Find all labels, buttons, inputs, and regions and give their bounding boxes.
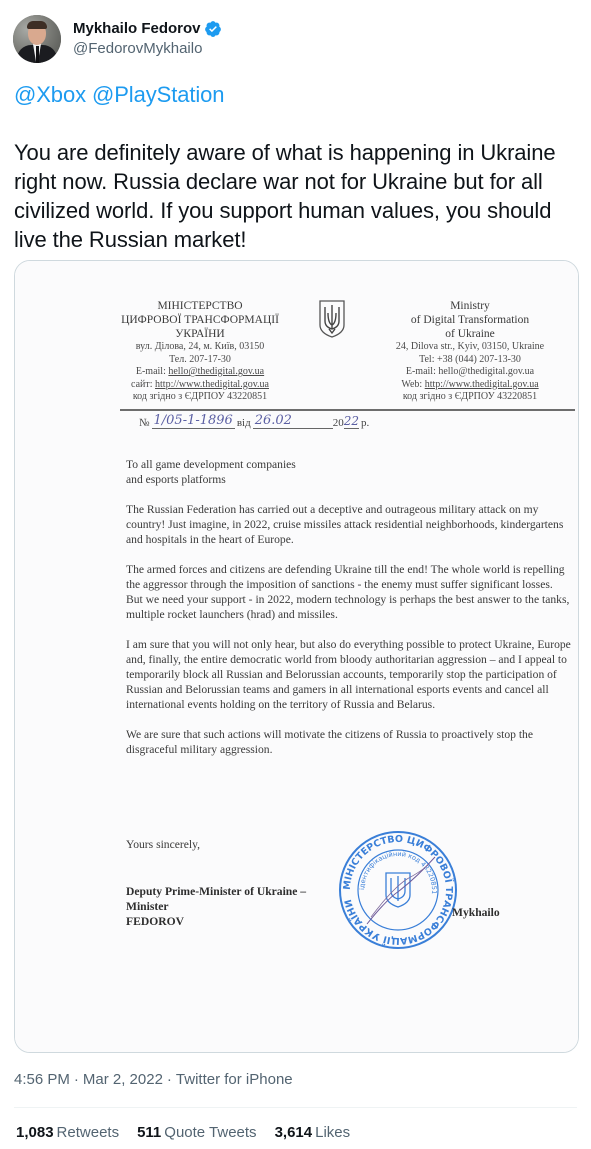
phone: Tel: +38 (044) 207-13-30 (370, 354, 570, 367)
letter-closing: Yours sincerely, (126, 838, 200, 851)
tweet-text: @Xbox @PlayStation You are definitely aw… (14, 80, 579, 254)
handwritten-year: 22 (344, 414, 359, 429)
letter-paragraph: I am sure that you will not only hear, b… (126, 637, 571, 712)
author-handle[interactable]: @FedorovMykhailo (73, 39, 222, 59)
org-line: of Digital Transformation (370, 313, 570, 327)
letter-paragraph: The armed forces and citizens are defend… (126, 562, 571, 622)
email-label: E-mail: (406, 366, 439, 377)
tweet-header: Mykhailo Fedorov @FedorovMykhailo (13, 14, 222, 64)
author-display-name[interactable]: Mykhailo Fedorov (73, 19, 201, 39)
org-line: of Ukraine (370, 327, 570, 341)
likes-label: Likes (315, 1124, 350, 1141)
retweets-stat[interactable]: 1,083Retweets (16, 1123, 119, 1143)
signer-line: Deputy Prime-Minister of Ukraine – (126, 884, 306, 899)
registry-code: код згідно з ЄДРПОУ 43220851 (100, 391, 300, 404)
quote-tweets-count: 511 (137, 1124, 161, 1141)
letterhead-rule (120, 409, 575, 411)
divider (14, 1107, 577, 1108)
signer-first-name: Mykhailo (452, 906, 500, 919)
letter-paragraph: We are sure that such actions will motiv… (126, 727, 571, 757)
likes-stat[interactable]: 3,614Likes (275, 1123, 351, 1143)
separator: · (163, 1071, 176, 1088)
org-line: ЦИФРОВОЇ ТРАНСФОРМАЦІЇ (100, 313, 300, 327)
tweet-date[interactable]: Mar 2, 2022 (83, 1071, 163, 1088)
org-line: УКРАЇНИ (100, 327, 300, 341)
email: hello@thedigital.gov.ua (168, 366, 264, 377)
tweet-mentions: @Xbox @PlayStation (14, 80, 579, 109)
number-label: № (137, 417, 152, 429)
web-label: Web: (401, 379, 424, 390)
web-line: Web: http://www.thedigital.gov.ua (370, 379, 570, 392)
letter-paragraph: The Russian Federation has carried out a… (126, 502, 571, 547)
web-line: сайт: http://www.thedigital.gov.ua (100, 379, 300, 392)
tweet-stats: 1,083Retweets 511Quote Tweets 3,614Likes (16, 1123, 368, 1143)
retweets-label: Retweets (57, 1124, 120, 1141)
mention-xbox[interactable]: @Xbox (14, 82, 86, 107)
letterhead-english: Ministry of Digital Transformation of Uk… (370, 299, 570, 404)
coat-of-arms-icon (318, 299, 346, 339)
letter-document: МІНІСТЕРСТВО ЦИФРОВОЇ ТРАНСФОРМАЦІЇ УКРА… (15, 261, 578, 1052)
tweet-source[interactable]: Twitter for iPhone (176, 1071, 293, 1088)
tweet-time[interactable]: 4:56 PM (14, 1071, 70, 1088)
handwritten-number: 1/05-1-1896 (152, 413, 235, 429)
address: вул. Ділова, 24, м. Київ, 03150 (100, 341, 300, 354)
letterhead-ukrainian: МІНІСТЕРСТВО ЦИФРОВОЇ ТРАНСФОРМАЦІЇ УКРА… (100, 299, 300, 404)
addressee: To all game development companies and es… (126, 457, 571, 487)
signer-title: Deputy Prime-Minister of Ukraine – Minis… (126, 884, 306, 929)
address: 24, Dilova str., Kyiv, 03150, Ukraine (370, 341, 570, 354)
email-label: E-mail: (136, 366, 169, 377)
web-label: сайт: (131, 379, 155, 390)
mention-playstation[interactable]: @PlayStation (92, 82, 224, 107)
phone: Тел. 207-17-30 (100, 354, 300, 367)
tweet-body: You are definitely aware of what is happ… (14, 140, 556, 252)
official-stamp-icon: МІНІСТЕРСТВО ЦИФРОВОЇ ТРАНСФОРМАЦІЇ УКРА… (337, 829, 459, 951)
letter-body: To all game development companies and es… (126, 457, 571, 772)
author-info: Mykhailo Fedorov @FedorovMykhailo (73, 19, 222, 59)
web: http://www.thedigital.gov.ua (425, 379, 539, 390)
email: hello@thedigital.gov.ua (438, 366, 534, 377)
tweet-meta: 4:56 PM·Mar 2, 2022·Twitter for iPhone (14, 1070, 293, 1090)
email-line: E-mail: hello@thedigital.gov.ua (370, 366, 570, 379)
addressee-line: To all game development companies (126, 457, 571, 472)
web: http://www.thedigital.gov.ua (155, 379, 269, 390)
tweet-media-image[interactable]: МІНІСТЕРСТВО ЦИФРОВОЇ ТРАНСФОРМАЦІЇ УКРА… (14, 260, 579, 1053)
signer-line: Minister (126, 899, 306, 914)
registry-code: код згідно з ЄДРПОУ 43220851 (370, 391, 570, 404)
quote-tweets-stat[interactable]: 511Quote Tweets (137, 1123, 256, 1143)
org-line: Ministry (370, 299, 570, 313)
retweets-count: 1,083 (16, 1124, 54, 1141)
verified-badge-icon (204, 20, 222, 38)
email-line: E-mail: hello@thedigital.gov.ua (100, 366, 300, 379)
from-label: від (235, 417, 253, 429)
letterhead: МІНІСТЕРСТВО ЦИФРОВОЇ ТРАНСФОРМАЦІЇ УКРА… (15, 261, 578, 391)
addressee-line: and esports platforms (126, 472, 571, 487)
quote-tweets-label: Quote Tweets (164, 1124, 256, 1141)
registration-number: № 1/05-1-1896 від 26.02 2022 р. (137, 413, 371, 429)
handwritten-date: 26.02 (253, 413, 333, 429)
org-line: МІНІСТЕРСТВО (100, 299, 300, 313)
year-prefix: 20 (333, 417, 344, 429)
year-label: р. (359, 417, 371, 429)
likes-count: 3,614 (275, 1124, 313, 1141)
signer-line: FEDOROV (126, 914, 306, 929)
separator: · (70, 1071, 83, 1088)
avatar[interactable] (13, 15, 61, 63)
